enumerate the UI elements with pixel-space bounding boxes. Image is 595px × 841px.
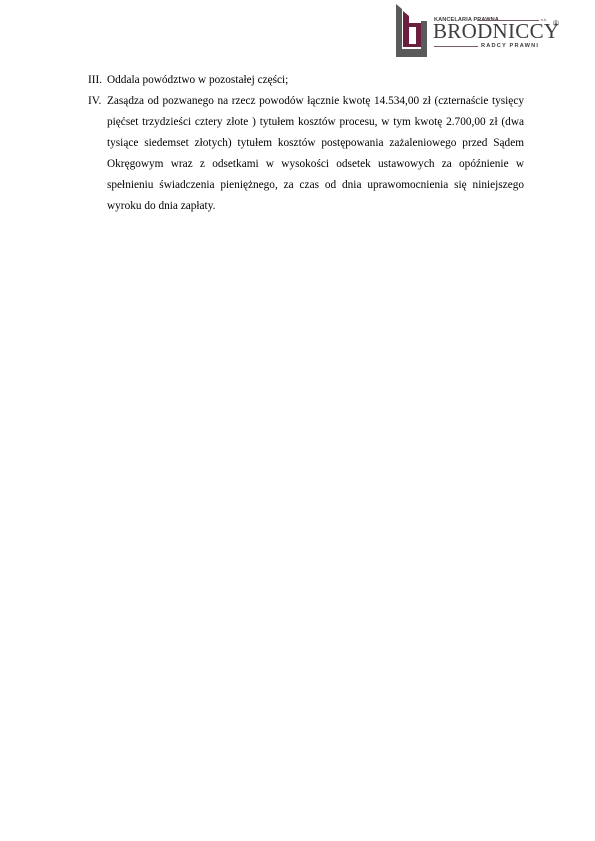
company-logo: KANCELARIA PRAWNA s.k. BRODNICCY ® RADCY… [395, 3, 565, 57]
list-item: III. Oddala powództwo w pozostałej częśc… [88, 70, 524, 91]
document-body: III. Oddala powództwo w pozostałej częśc… [88, 70, 524, 217]
item-number: IV. [88, 91, 107, 217]
brodniccy-logo-mark-icon [395, 3, 429, 57]
item-text: Oddala powództwo w pozostałej części; [107, 70, 524, 91]
item-text: Zasądza od pozwanego na rzecz powodów łą… [107, 91, 524, 217]
item-number: III. [88, 70, 107, 91]
registered-mark: ® [553, 19, 559, 28]
logo-name: BRODNICCY [433, 21, 559, 42]
list-item: IV. Zasądza od pozwanego na rzecz powodó… [88, 91, 524, 217]
logo-divider-bottom [434, 46, 478, 47]
logo-subtitle: RADCY PRAWNI [481, 43, 539, 49]
